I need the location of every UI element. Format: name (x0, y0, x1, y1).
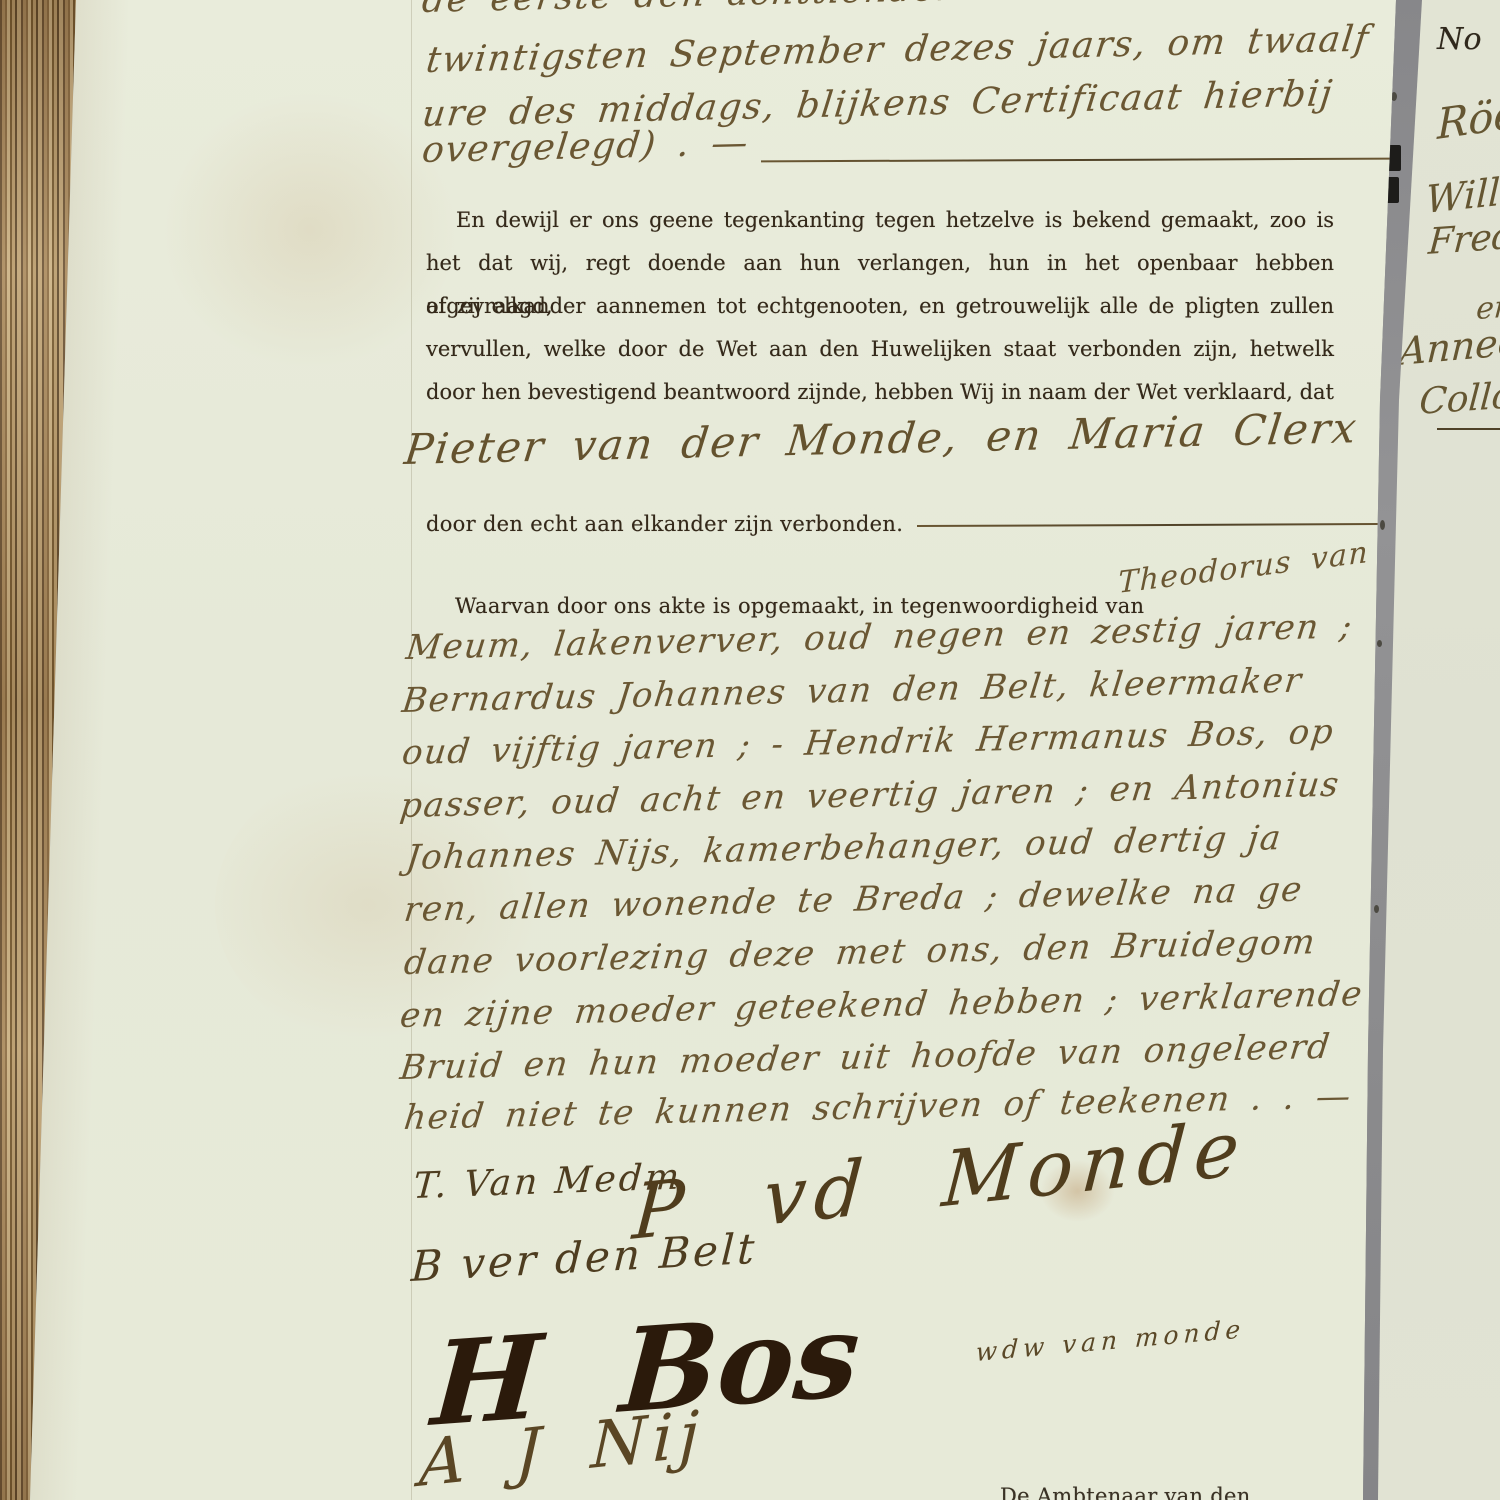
right-page-fragment: Annee (1398, 319, 1500, 374)
gutter-speck (1377, 640, 1382, 647)
printed-paragraph-line: vervullen, welke door de Wet aan den Huw… (426, 328, 1334, 371)
right-page-fragment: Röe (1437, 88, 1500, 149)
page-number-label: No (1437, 22, 1482, 57)
handwritten-line: dane voorlezing deze met ons, den Bruide… (402, 922, 1318, 983)
printed-paragraph-line: of zij elkander aannemen tot echtgenoote… (426, 285, 1334, 328)
handwritten-line: Johannes Nijs, kamerbehanger, oud dertig… (404, 818, 1284, 878)
handwritten-line: passer, oud acht en veertig jaren ; en A… (398, 765, 1342, 826)
handwritten-line: oud vijftig jaren ; - Hendrik Hermanus B… (400, 712, 1337, 773)
main-page: de eerste den achttienden en de laatste … (0, 0, 1500, 1500)
bottom-printed-fragment: De Ambtenaar van den (1000, 1484, 1251, 1500)
handwritten-line: Bernardus Johannes van den Belt, kleerma… (400, 660, 1305, 721)
handwritten-line: de eerste den achttienden en de laatste … (420, 0, 1500, 21)
handwritten-line: ure des middags, blijkens Certificaat hi… (420, 73, 1335, 135)
printed-paragraph-line: En dewijl er ons geene tegenkanting tege… (426, 199, 1334, 242)
right-page-fragment: Collot d (1418, 372, 1500, 423)
printed-paragraph: En dewijl er ons geene tegenkanting tege… (426, 199, 1334, 414)
document-scan: de eerste den achttienden en de laatste … (0, 0, 1500, 1500)
ink-rule (917, 523, 1400, 527)
handwritten-line: overgelegd) . — (420, 122, 751, 171)
gutter-speck (1374, 905, 1379, 913)
handwritten-line: ren, allen wonende te Breda ; dewelke na… (402, 869, 1305, 930)
ink-rule (761, 158, 1391, 163)
bond-line-with-rule: door den echt aan elkander zijn verbonde… (426, 512, 1404, 536)
gutter-speck (1380, 520, 1385, 530)
bond-line: door den echt aan elkander zijn verbonde… (426, 512, 903, 536)
handwritten-line: en zijne moeder geteekend hebben ; verkl… (398, 973, 1431, 1036)
right-page-fragment: Frede (1427, 214, 1500, 263)
handwritten-line: twintigsten September dezes jaars, om tw… (424, 18, 1372, 81)
right-page-fragment: Wille (1425, 167, 1500, 222)
signature-bride-note: wdw van monde (975, 1314, 1246, 1367)
ink-rule (1437, 428, 1500, 430)
witness-intro-script: Theodorus van (1118, 535, 1369, 601)
handwritten-line: Bruid en hun moeder uit hoofde van ongel… (398, 1027, 1333, 1088)
handwritten-line-with-rule: overgelegd) . — (420, 130, 1395, 171)
printed-paragraph-line: het dat wij, regt doende aan hun verlang… (426, 242, 1334, 285)
